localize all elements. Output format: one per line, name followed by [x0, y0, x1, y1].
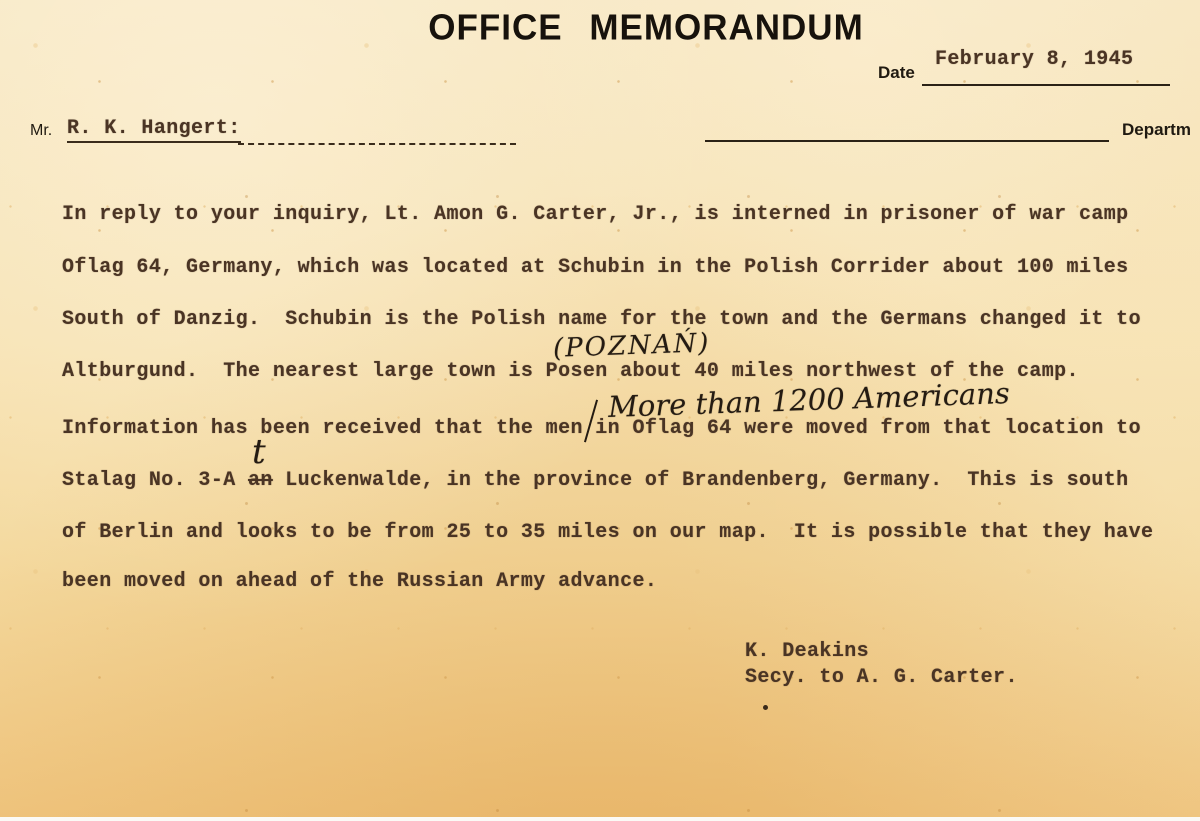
addressee-name: R. K. Hangert: [67, 117, 241, 140]
body-line-7: of Berlin and looks to be from 25 to 35 … [62, 521, 1153, 544]
signature-name: K. Deakins [745, 640, 869, 663]
date-label: Date [878, 63, 915, 83]
ink-dot-mark [763, 705, 768, 710]
addressee-prefix: Mr. [30, 122, 52, 140]
memo-scan: { "page": { "title": "OFFICE MEMORANDUM"… [0, 0, 1200, 821]
body-line-6-post: Luckenwalde, in the province of Brandenb… [273, 469, 1129, 492]
body-line-6-pre: Stalag No. 3-A [62, 469, 248, 492]
addressee-name-text: R. K. Hangert: [67, 117, 241, 143]
date-value: February 8, 1945 [935, 48, 1133, 71]
body-line-8: been moved on ahead of the Russian Army … [62, 570, 657, 593]
body-line-5: Information has been received that the m… [62, 417, 1141, 440]
scan-bottom-edge [0, 817, 1200, 821]
body-line-6-struck-word: an [248, 469, 273, 492]
memo-title: OFFICE MEMORANDUM [0, 7, 1200, 49]
department-label: Departm [1122, 120, 1191, 140]
department-underline [705, 140, 1109, 142]
date-underline [922, 84, 1170, 86]
handwritten-correction-t: t [252, 432, 266, 472]
handwritten-poznan-annotation: (POZNAŃ) [553, 328, 711, 363]
body-line-3: South of Danzig. Schubin is the Polish n… [62, 308, 1141, 331]
signature-title: Secy. to A. G. Carter. [745, 666, 1018, 689]
addressee-dashed-line [238, 143, 516, 145]
body-line-1: In reply to your inquiry, Lt. Amon G. Ca… [62, 203, 1129, 226]
body-line-6: Stalag No. 3-A an Luckenwalde, in the pr… [62, 469, 1129, 492]
body-line-2: Oflag 64, Germany, which was located at … [62, 256, 1129, 279]
